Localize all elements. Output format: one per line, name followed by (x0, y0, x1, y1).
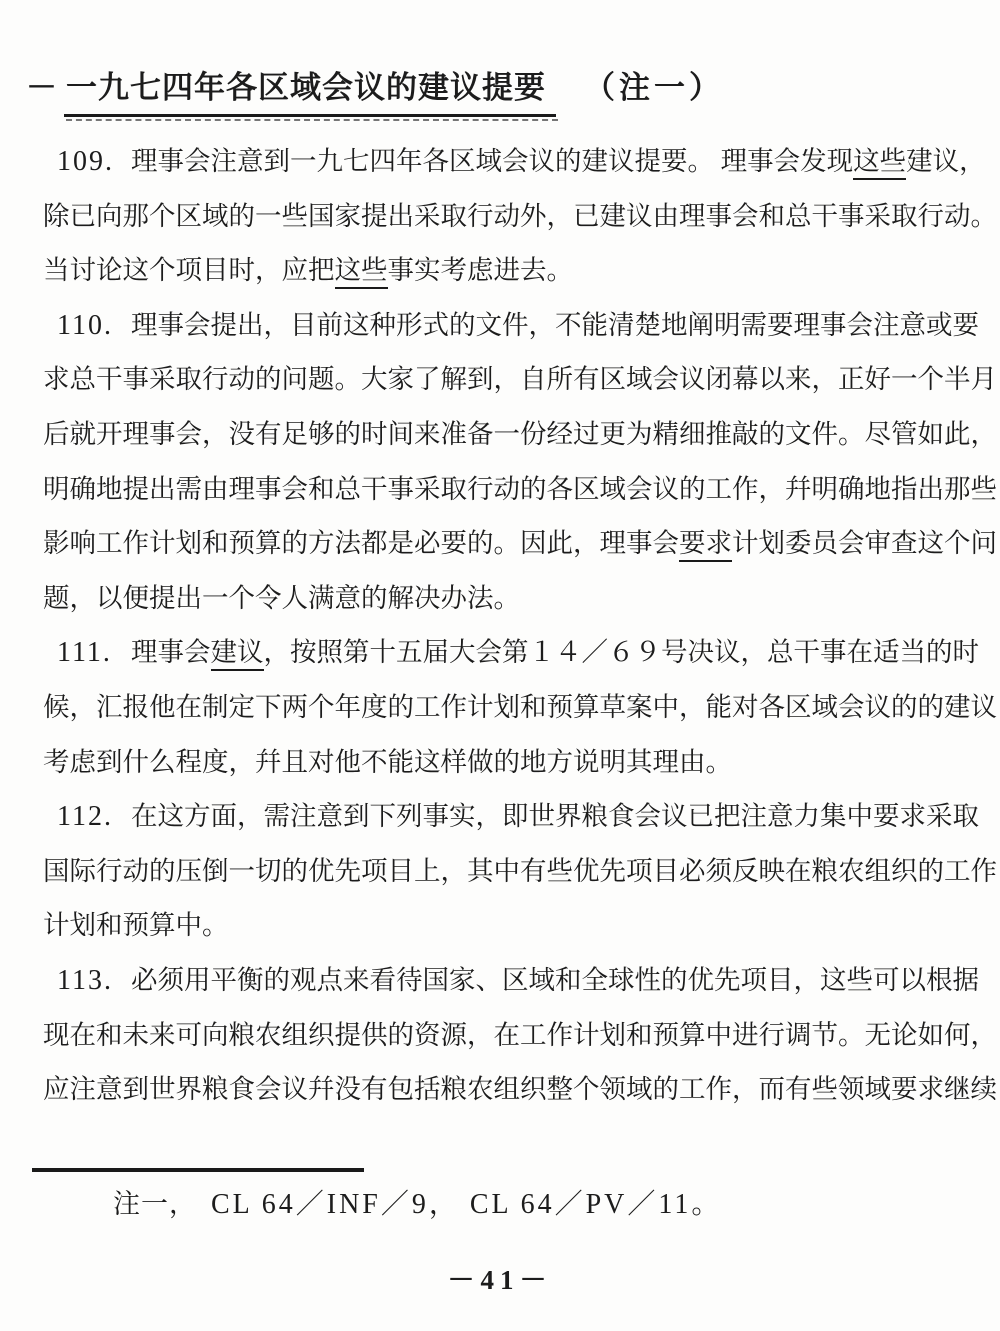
text-segment: 当讨论这个项目时，应把 (43, 255, 335, 285)
para-number: 109. (43, 135, 131, 190)
text-line: 考虑到什么程度，幷且对他不能这样做的地方说明其理由。 (43, 735, 973, 790)
text-line: 明确地提出需由理事会和总干事采取行动的各区域会议的工作，幷明确地指出那些 (43, 462, 973, 517)
text-segment: 理事会注意到一九七四年各区域会议的建议提要。 理事会发现 (131, 146, 853, 176)
underlined-phrase: 这些 (853, 146, 906, 180)
footnote-divider (32, 1168, 364, 1172)
para-number: 110. (43, 299, 131, 354)
text-line: 候，汇报他在制定下两个年度的工作计划和预算草案中，能对各区域会议的的建议 (43, 680, 973, 735)
paragraph-109: 109.理事会注意到一九七四年各区域会议的建议提要。 理事会发现这些建议，除已向… (43, 134, 973, 298)
text-line: 国际行动的压倒一切的优先项目上，其中有些优先项目必须反映在粮农组织的工作 (43, 844, 973, 899)
para-number: 111. (43, 626, 131, 681)
text-line: 111.理事会建议，按照第十五届大会第１４／６９号决议，总干事在适当的时 (43, 625, 973, 680)
para-number: 112. (43, 790, 131, 845)
text-segment: 必须用平衡的观点来看待国家、区域和全球性的优先项目，这些可以根据 (131, 965, 979, 995)
page-number: －41－ (0, 1258, 1000, 1297)
paragraph-112: 112.在这方面，需注意到下列事实，即世界粮食会议已把注意力集中要求采取国际行动… (43, 789, 973, 953)
text-line: 113.必须用平衡的观点来看待国家、区域和全球性的优先项目，这些可以根据 (43, 953, 973, 1008)
text-segment: 理事会 (131, 637, 211, 667)
title-note-ref: （注一） (584, 62, 724, 107)
text-line: 应注意到世界粮食会议幷没有包括粮农组织整个领域的工作，而有些领域要求继续 (43, 1062, 973, 1117)
text-segment: 题，以便提出一个令人满意的解决办法。 (43, 583, 520, 613)
text-segment: 理事会提出，目前这种形式的文件，不能清楚地阐明需要理事会注意或要 (131, 310, 979, 340)
title-dash: － (26, 62, 58, 107)
para-number: 113. (43, 954, 131, 1009)
paragraph-113: 113.必须用平衡的观点来看待国家、区域和全球性的优先项目，这些可以根据现在和未… (43, 953, 973, 1117)
text-line: 109.理事会注意到一九七四年各区域会议的建议提要。 理事会发现这些建议， (43, 134, 973, 189)
text-segment: 在这方面，需注意到下列事实，即世界粮食会议已把注意力集中要求采取 (131, 801, 979, 831)
text-line: 除已向那个区域的一些国家提出采取行动外，已建议由理事会和总干事采取行动。 (43, 189, 973, 244)
document-title: －一九七四年各区域会议的建议提要（注一） (26, 62, 724, 117)
footnote-label: 注一， (113, 1189, 197, 1219)
underlined-phrase: 这些 (335, 255, 388, 289)
text-segment: 考虑到什么程度，幷且对他不能这样做的地方说明其理由。 (43, 747, 732, 777)
text-segment: 建议， (906, 146, 986, 176)
footnote-refs: CL 64／INF／9， CL 64／PV／11。 (211, 1189, 722, 1220)
text-segment: 影响工作计划和预算的方法都是必要的。因此，理事会 (43, 528, 679, 558)
text-segment: 现在和未来可向粮农组织提供的资源，在工作计划和预算中进行调节。无论如何， (43, 1020, 997, 1050)
text-segment: ，按照第十五届大会第１４／６９号决议，总干事在适当的时 (264, 637, 980, 667)
footnote: 注一，CL 64／INF／9， CL 64／PV／11。 (113, 1182, 722, 1222)
text-line: 112.在这方面，需注意到下列事实，即世界粮食会议已把注意力集中要求采取 (43, 789, 973, 844)
text-segment: 应注意到世界粮食会议幷没有包括粮农组织整个领域的工作，而有些领域要求继续 (43, 1074, 997, 1104)
text-line: 110.理事会提出，目前这种形式的文件，不能清楚地阐明需要理事会注意或要 (43, 298, 973, 353)
title-text: 一九七四年各区域会议的建议提要 (64, 62, 556, 117)
scanned-document-page: －一九七四年各区域会议的建议提要（注一） 109.理事会注意到一九七四年各区域会… (0, 0, 1000, 1331)
text-line: 题，以便提出一个令人满意的解决办法。 (43, 571, 973, 626)
text-segment: 明确地提出需由理事会和总干事采取行动的各区域会议的工作，幷明确地指出那些 (43, 474, 997, 504)
text-segment: 事实考虑进去。 (388, 255, 574, 285)
paragraph-110: 110.理事会提出，目前这种形式的文件，不能清楚地阐明需要理事会注意或要求总干事… (43, 298, 973, 626)
text-line: 后就开理事会，没有足够的时间来准备一份经过更为精细推敲的文件。尽管如此， (43, 407, 973, 462)
text-segment: 计划委员会审查这个问 (732, 528, 997, 558)
text-line: 影响工作计划和预算的方法都是必要的。因此，理事会要求计划委员会审查这个问 (43, 516, 973, 571)
text-segment: 后就开理事会，没有足够的时间来准备一份经过更为精细推敲的文件。尽管如此， (43, 419, 997, 449)
text-line: 求总干事采取行动的问题。大家了解到，自所有区域会议闭幕以来，正好一个半月 (43, 352, 973, 407)
text-line: 当讨论这个项目时，应把这些事实考虑进去。 (43, 243, 973, 298)
text-segment: 除已向那个区域的一些国家提出采取行动外，已建议由理事会和总干事采取行动。 (43, 201, 997, 231)
text-segment: 候，汇报他在制定下两个年度的工作计划和预算草案中，能对各区域会议的的建议 (43, 692, 997, 722)
text-segment: 求总干事采取行动的问题。大家了解到，自所有区域会议闭幕以来，正好一个半月 (43, 364, 997, 394)
document-body: 109.理事会注意到一九七四年各区域会议的建议提要。 理事会发现这些建议，除已向… (43, 134, 973, 1117)
text-line: 计划和预算中。 (43, 898, 973, 953)
text-segment: 国际行动的压倒一切的优先项目上，其中有些优先项目必须反映在粮农组织的工作 (43, 856, 997, 886)
text-segment: 计划和预算中。 (43, 910, 229, 940)
paragraph-111: 111.理事会建议，按照第十五届大会第１４／６９号决议，总干事在适当的时候，汇报… (43, 625, 973, 789)
underlined-phrase: 要求 (679, 528, 732, 562)
text-line: 现在和未来可向粮农组织提供的资源，在工作计划和预算中进行调节。无论如何， (43, 1008, 973, 1063)
underlined-phrase: 建议 (211, 637, 264, 671)
